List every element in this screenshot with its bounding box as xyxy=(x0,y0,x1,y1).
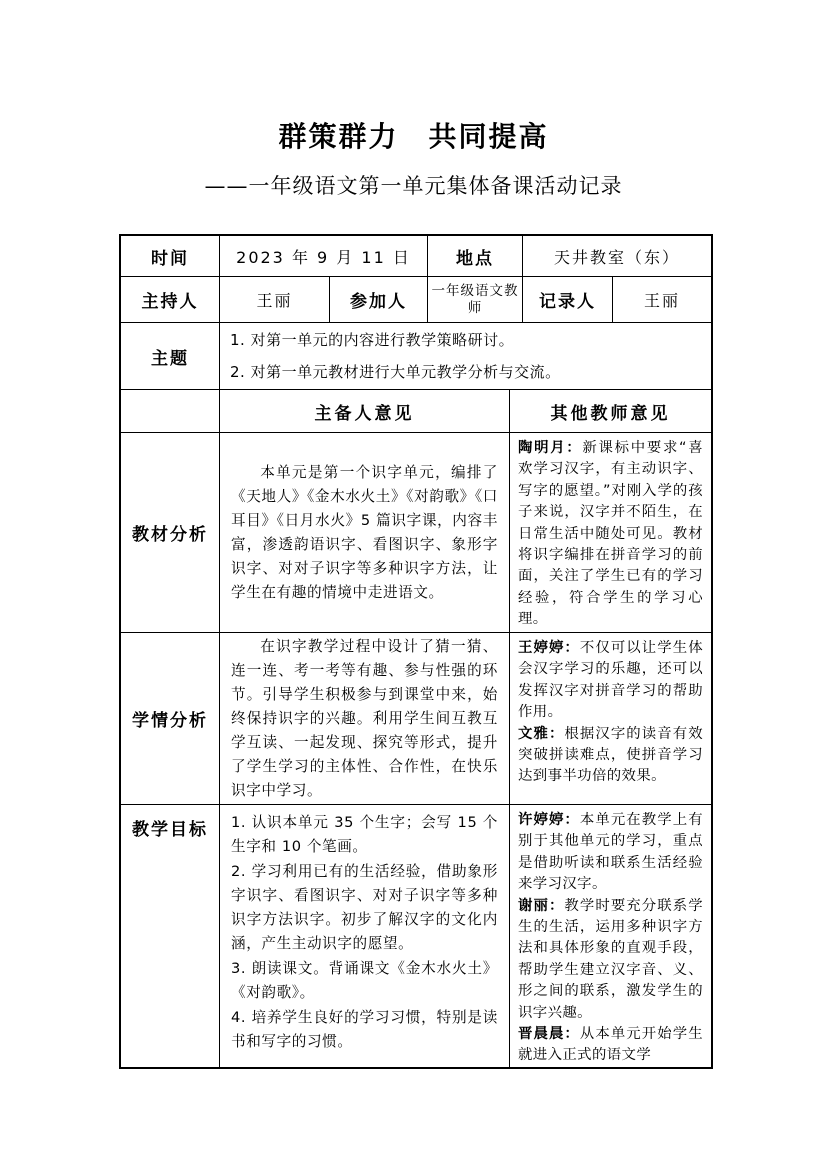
row-textbook-analysis: 教材分析 本单元是第一个识字单元，编排了《天地人》《金木水火土》《对韵歌》《口耳… xyxy=(121,432,711,632)
main-preparer-opinion-header: 主备人意见 xyxy=(219,390,509,432)
comment: 王婷婷：不仅可以让学生体会汉字学习的乐趣，还可以发挥汉字对拼音学习的帮助作用。 xyxy=(518,638,703,724)
teaching-goals-label: 教学目标 xyxy=(121,805,219,1067)
learner-analysis-main-text: 在识字教学过程中设计了猜一猜、连一连、考一考等有趣、参与性强的环节。引导学生积极… xyxy=(219,633,509,804)
topic-content: 1. 对第一单元的内容进行教学策略研讨。 2. 对第一单元教材进行大单元教学分析… xyxy=(219,323,711,389)
host-label: 主持人 xyxy=(121,277,219,322)
textbook-analysis-comments: 陶明月：新课标中要求“喜欢学习汉字，有主动识字、写字的愿望。”对刚入学的孩子来说… xyxy=(509,433,711,632)
textbook-analysis-label: 教材分析 xyxy=(121,433,219,632)
row-teaching-goals: 教学目标 1. 认识本单元 35 个生字；会写 15 个生字和 10 个笔画。 … xyxy=(121,804,711,1067)
learner-analysis-label: 学情分析 xyxy=(121,633,219,804)
row-opinion-headers: 主备人意见 其他教师意见 xyxy=(121,389,711,432)
participant-label: 参加人 xyxy=(329,277,427,322)
comment: 文雅：根据汉字的读音有效突破拼读难点，使拼音学习达到事半功倍的效果。 xyxy=(518,724,703,788)
meeting-record-table: 时间 2023 年 9 月 11 日 地点 天井教室（东） 主持人 王丽 参加人… xyxy=(119,234,713,1069)
participant-value: 一年级语文教师 xyxy=(427,277,522,322)
comment-author: 许婷婷： xyxy=(518,812,580,828)
place-label: 地点 xyxy=(427,236,522,276)
comment: 许婷婷：本单元在教学上有别于其他单元的学习，重点是借助听读和联系生活经验来学习汉… xyxy=(518,810,703,896)
comment: 谢丽：教学时要充分联系学生的生活，运用多种识字方法和具体形象的直观手段，帮助学生… xyxy=(518,896,703,1024)
comment-author: 王婷婷： xyxy=(518,640,580,656)
comment-author: 晋晨晨： xyxy=(518,1026,580,1042)
goal-item-4: 4. 培养学生良好的学习习惯，特别是读书和写字的习惯。 xyxy=(231,1006,498,1054)
comment-author: 陶明月： xyxy=(518,440,582,456)
learner-analysis-paragraph: 在识字教学过程中设计了猜一猜、连一连、考一考等有趣、参与性强的环节。引导学生积极… xyxy=(231,635,498,803)
opinion-header-blank-cell xyxy=(121,390,219,432)
goal-item-2: 2. 学习利用已有的生活经验，借助象形字识字、看图识字、对对子识字等多种识字方法… xyxy=(231,860,498,956)
comment-text: 教学时要充分联系学生的生活，运用多种识字方法和具体形象的直观手段，帮助学生建立汉… xyxy=(518,898,703,1021)
learner-analysis-comments: 王婷婷：不仅可以让学生体会汉字学习的乐趣，还可以发挥汉字对拼音学习的帮助作用。 … xyxy=(509,633,711,804)
textbook-analysis-paragraph: 本单元是第一个识字单元，编排了《天地人》《金木水火土》《对韵歌》《口耳目》《日月… xyxy=(231,461,498,605)
time-label: 时间 xyxy=(121,236,219,276)
row-time-place: 时间 2023 年 9 月 11 日 地点 天井教室（东） xyxy=(121,236,711,276)
topic-item-2: 2. 对第一单元教材进行大单元教学分析与交流。 xyxy=(230,361,701,383)
page-subtitle: ——一年级语文第一单元集体备课活动记录 xyxy=(0,172,827,200)
recorder-value: 王丽 xyxy=(612,277,711,322)
teaching-goals-main-text: 1. 认识本单元 35 个生字；会写 15 个生字和 10 个笔画。 2. 学习… xyxy=(219,805,509,1067)
comment: 晋晨晨：从本单元开始学生就进入正式的语文学 xyxy=(518,1024,703,1067)
comment-author: 谢丽： xyxy=(518,898,564,914)
document-page: 群策群力 共同提高 ——一年级语文第一单元集体备课活动记录 时间 2023 年 … xyxy=(0,0,827,1170)
goal-item-1: 1. 认识本单元 35 个生字；会写 15 个生字和 10 个笔画。 xyxy=(231,811,498,859)
other-teachers-opinion-header: 其他教师意见 xyxy=(509,390,711,432)
recorder-label: 记录人 xyxy=(522,277,612,322)
comment-author: 文雅： xyxy=(518,726,564,742)
topic-item-1: 1. 对第一单元的内容进行教学策略研讨。 xyxy=(230,329,701,351)
row-learner-analysis: 学情分析 在识字教学过程中设计了猜一猜、连一连、考一考等有趣、参与性强的环节。引… xyxy=(121,632,711,804)
comment: 陶明月：新课标中要求“喜欢学习汉字，有主动识字、写字的愿望。”对刚入学的孩子来说… xyxy=(518,438,703,631)
host-value: 王丽 xyxy=(219,277,329,322)
page-title: 群策群力 共同提高 xyxy=(0,0,827,156)
row-people: 主持人 王丽 参加人 一年级语文教师 记录人 王丽 xyxy=(121,276,711,322)
comment-text: 新课标中要求“喜欢学习汉字，有主动识字、写字的愿望。”对刚入学的孩子来说，汉字并… xyxy=(518,440,703,627)
place-value: 天井教室（东） xyxy=(522,236,711,276)
time-value: 2023 年 9 月 11 日 xyxy=(219,236,427,276)
teaching-goals-comments: 许婷婷：本单元在教学上有别于其他单元的学习，重点是借助听读和联系生活经验来学习汉… xyxy=(509,805,711,1067)
row-topic: 主题 1. 对第一单元的内容进行教学策略研讨。 2. 对第一单元教材进行大单元教… xyxy=(121,322,711,389)
topic-label: 主题 xyxy=(121,323,219,389)
textbook-analysis-main-text: 本单元是第一个识字单元，编排了《天地人》《金木水火土》《对韵歌》《口耳目》《日月… xyxy=(219,433,509,632)
goal-item-3: 3. 朗读课文。背诵课文《金木水火土》《对韵歌》。 xyxy=(231,957,498,1005)
